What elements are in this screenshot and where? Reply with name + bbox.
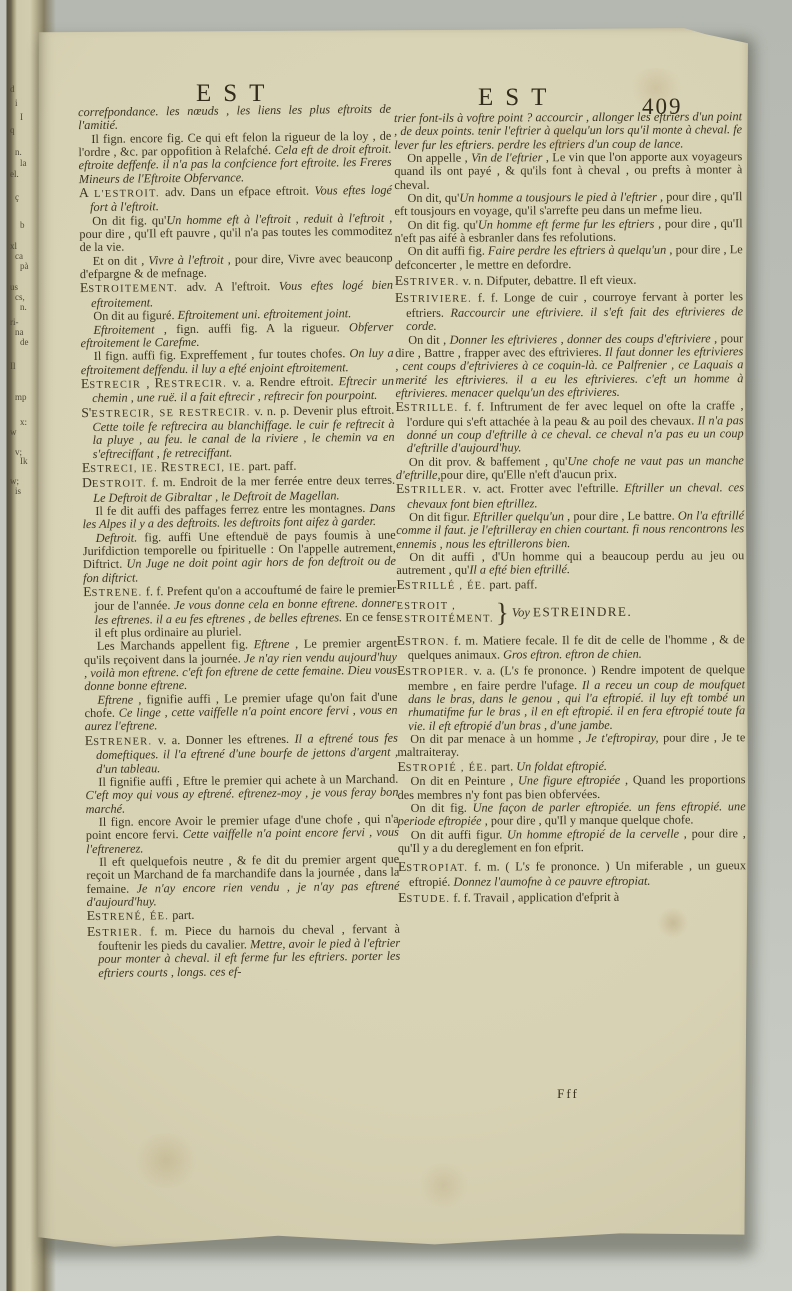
definition-text: On dit , [408, 332, 449, 346]
estrener-premier-achete: Il fignifie auffi , Eftre le premier qui… [85, 773, 398, 816]
entry-estropier: ESTROPIER. v. a. (L's fe prononce. ) Ren… [397, 663, 745, 734]
example-text: Une figure eftropiée [518, 773, 620, 788]
headword: STRIVIERE. [403, 294, 472, 305]
headword: STRENÉ, ÉE. [95, 911, 169, 923]
cut-off-text: pà [20, 262, 29, 271]
cut-off-text: cs, [15, 293, 25, 302]
estroit-sense-fig: Il fign. encore fig. Ce qui eft felon la… [78, 129, 392, 186]
estrener-neutre: Il eft quelquefois neutre , & fe dit du … [86, 853, 400, 910]
example-text: Un Juge ne doit point agir hors de fon d… [83, 554, 396, 585]
estrier-vin: On appelle , Vin de l'eftrier , Le vin q… [394, 150, 742, 192]
cut-off-text: ç [15, 193, 19, 202]
definition-text: v. a. Donner les eftrenes. [152, 732, 294, 748]
definition-text: v. a. (L' [469, 664, 514, 678]
headword: STRILLE. [404, 403, 459, 414]
definition-text: f. f. Travail , application d'efprit à [450, 890, 619, 905]
headword: STRILLÉ , ÉE. [405, 580, 487, 591]
headword: STROPIAT. [406, 863, 468, 874]
stain [416, 1163, 471, 1208]
headword: ESTROIT. [92, 479, 147, 491]
example-text: Eftriller quelqu'un [473, 509, 564, 523]
definition-text: part. [488, 759, 516, 773]
definition-text: On dit par menace à un homme , [410, 731, 586, 746]
entry-estrier: ESTRIER. f. m. Piece du harnois du cheva… [87, 921, 401, 980]
estrene-marchands: Les Marchands appellent fig. Eftrene , L… [84, 637, 398, 694]
cut-off-text: n. [20, 303, 27, 312]
headword: STUDE. [406, 894, 450, 905]
definition-text: On dit figur. [409, 510, 473, 524]
brace-icon: } [496, 606, 509, 619]
cut-off-text: ri- [10, 318, 19, 327]
headword: ESTRECIR. [164, 378, 227, 390]
example-text: C'eft moy qui vous ay eftrené. eftrenez-… [85, 785, 398, 816]
entry-estron: ESTRON. f. m. Matiere fecale. Il fe dit … [397, 632, 745, 663]
definition-text: v. act. Frotter avec l'eftrille. [467, 481, 624, 496]
example-text: Donnez l'aumofne à ce pauvre eftropiat. [453, 873, 650, 888]
headword: STRILLER. [404, 485, 467, 496]
definition-text: v. a. Rendre eftroit. [227, 374, 339, 389]
cut-off-text: w [10, 428, 17, 437]
definition-text: On dit, qu' [407, 191, 459, 205]
cut-off-text: la [20, 159, 27, 168]
definition-text: On dit auffi figur. [411, 827, 507, 842]
cut-off-text: el. [10, 170, 19, 179]
estriller-jeu: On dit auffi , d'Un homme qui a beaucoup… [396, 549, 744, 578]
example-text: Cette toile fe reftrecira au blanchiffag… [92, 417, 394, 461]
definition-text: adv. A l'eftroit. [178, 279, 279, 294]
headword: A [79, 185, 89, 200]
headword: L'ESTROIT. [94, 188, 160, 200]
definition-text: f. m. Endroit de la mer ferrée entre deu… [147, 473, 395, 490]
definition-text: f. m. ( L' [468, 860, 525, 874]
estriller-figure: On dit figur. Eftriller quelqu'un , pour… [396, 509, 744, 551]
headword: STRON. [405, 636, 450, 647]
headword: STROITEMENT. [88, 284, 178, 296]
entry-estrille-part: ESTRILLÉ , ÉE. part. paff. [396, 576, 744, 593]
dictionary-page: EST EST 409 correfpondance. les nœuds , … [36, 28, 748, 1248]
estropier-menace: On dit par menace à un homme , Je t'eftr… [397, 731, 745, 760]
entry-s-estrecir: S'ESTRECIR, SE RESTRECIR. v. n. p. Deven… [81, 402, 395, 461]
cut-off-text: x: [20, 418, 27, 427]
column-right: trier font-ils à voftre point ? accourci… [394, 110, 746, 906]
estropie-peinture: On dit en Peinture , Une figure eftropié… [397, 773, 745, 802]
definition-text: On dit auffi , d'Un homme qui a beaucoup… [396, 548, 744, 577]
estropie-facon-parler: On dit fig. Une façon de parler eftropié… [398, 800, 746, 829]
example-text: trier font-ils à voftre point ? accourci… [394, 109, 742, 152]
entry-estrener: ESTRENER. v. a. Donner les eftrenes. Il … [85, 730, 398, 775]
estroitement-expressement: Il fign. auffi fig. Expreffement , fur t… [81, 347, 394, 377]
definition-text: adv. Dans un efpace eftroit. [160, 184, 315, 200]
example-text: Raccourcir une eftriviere. il s'eft fait… [406, 304, 743, 333]
cut-off-text: Il [10, 362, 16, 371]
headword: ESTRECI, IE. [170, 462, 245, 474]
estrene-premier-usage: Eftrene , fignifie auffi , Le premier uf… [84, 690, 397, 733]
cut-off-text: ca [15, 252, 23, 261]
crossref-target: Voy ESTREINDRE. [512, 605, 632, 620]
headword: R [155, 375, 164, 390]
entry-estude: ESTUDE. f. f. Travail , application d'ef… [398, 889, 746, 906]
headword: STRIVER. [403, 277, 459, 288]
definition-text: v. n. p. Devenir plus eftroit. [250, 402, 394, 418]
estrier-ferme: On dit fig. qu'Un homme eft ferme fur le… [395, 217, 743, 246]
cut-off-text: d [10, 85, 15, 94]
definition-text: On dit auffi fig. [408, 244, 488, 258]
definition-text: part. paff. [245, 459, 296, 474]
entry-estriller: ESTRILLER. v. act. Frotter avec l'eftril… [396, 481, 744, 512]
estrille-proverbe: On dit prov. & baffement , qu'Une chofe … [396, 454, 744, 483]
definition-text: pour dire, qu'Elle n'eft d'aucun prix. [441, 467, 617, 482]
cut-off-text: de [20, 338, 29, 347]
example-text: Ce linge , cette vaiffelle n'a point enc… [85, 703, 398, 734]
estriviere-donner: On dit , Donner les eftrivieres , donner… [395, 332, 743, 401]
cut-off-text: us [10, 283, 18, 292]
example-text: Gros eftron. eftron de chien. [503, 647, 642, 662]
definition-text: , pour dire , Le battre. [564, 509, 678, 524]
headword: R [161, 459, 170, 474]
cut-off-text: I [20, 113, 23, 122]
example-text: Vin de l'eftrier [471, 150, 542, 164]
headword: STRECIR [89, 379, 141, 391]
definition-text: , fign. auffi fig. A la rigueur. [154, 320, 349, 336]
stain [656, 908, 690, 938]
cut-off-text: xl [10, 242, 17, 251]
example-text: Faire perdre les eftriers à quelqu'un [488, 243, 666, 258]
headword: STRECI, IE. [90, 463, 158, 475]
a-l-estroit-vivre: Et on dit , Vivre à l'eftroit , pour dir… [80, 251, 393, 281]
definition-text: On appelle , [407, 151, 471, 165]
definition-text: part. [169, 908, 194, 922]
example-text: Je t'eftropiray, [586, 731, 659, 745]
entry-estriviere: ESTRIVIERE. f. f. Longe de cuir , courro… [395, 290, 743, 334]
example-text: Deftroit. [96, 530, 138, 544]
definition-text: Et on dit , [93, 253, 149, 268]
headword: D [82, 475, 92, 490]
crossref-headword: ESTROIT , [397, 600, 494, 614]
headword: STROPIÉ , ÉE. [406, 762, 488, 773]
signature-mark: Fff [394, 1086, 742, 1102]
cut-off-text: na [15, 328, 24, 337]
entry-estrecir: ESTRECIR , RESTRECIR. v. a. Rendre eftro… [81, 374, 394, 406]
headword: S' [81, 405, 91, 420]
cut-off-text: q [10, 126, 15, 135]
cut-off-text: i [15, 99, 18, 108]
estroit-crossref: ESTROIT ,ESTROITÉMENT.}Voy ESTREINDRE. [397, 598, 745, 627]
estrener-premier-usage: Il fign. encore Avoir le premier ufage d… [86, 813, 399, 856]
example-text: Il a efté bien eftrillé. [469, 562, 570, 577]
cut-off-text: b [20, 221, 25, 230]
entry-estrille: ESTRILLE. f. f. Inftrument de fer avec l… [396, 398, 744, 455]
entry-estriver: ESTRIVER. v. n. Difputer, debattre. Il e… [395, 272, 743, 289]
entry-estrene: ESTRENE. f. f. Prefent qu'on a accouftum… [83, 582, 397, 641]
headword: STRIER. [95, 927, 143, 939]
estropie-cervelle: On dit auffi figur. Un homme eftropié de… [398, 827, 746, 856]
example-text: correfpondance. les nœuds , les liens le… [78, 102, 391, 133]
cut-off-text: w; [10, 477, 19, 486]
example-text: Un foldat eftropié. [516, 759, 607, 773]
definition-text: On dit fig. qu' [408, 217, 478, 231]
cut-off-text: is [15, 487, 21, 496]
definition-text: v. n. Difputer, debattre. Il eft vieux. [459, 273, 636, 288]
definition-text: part. paff. [486, 577, 537, 591]
headword: STRENE. [92, 587, 143, 599]
cut-off-text: mp [15, 393, 27, 402]
example-text: Vivre à l'eftroit [148, 252, 223, 267]
definition-text: , [141, 376, 155, 390]
example-text: Un homme eftropié de la cervelle [507, 826, 679, 841]
headword: STROPIER. [405, 667, 468, 678]
definition-text: On dit fig. [411, 800, 473, 814]
crossref-headword: ESTROITÉMENT. [397, 613, 494, 627]
scanned-book-page: diIqn.lael.çbxlcapàuscs,n.ri-nadeIlmpx:w… [0, 0, 792, 1291]
example-text: Un homme eft ferme fur les eftriers [478, 216, 655, 231]
a-l-estroit-fig: On dit fig. qu'Un homme eft à l'eftroit … [79, 211, 392, 254]
example-text: Eftrene [97, 692, 133, 706]
column-left: correfpondance. les nœuds , les liens le… [78, 103, 400, 980]
headword: STRENER. [93, 736, 152, 748]
running-head-right: EST [478, 84, 558, 112]
estrier-tousjours: On dit, qu'Un homme a tousjours le pied … [394, 190, 742, 219]
estrier-faire-perdre: On dit auffi fig. Faire perdre les eftri… [395, 244, 743, 273]
cut-off-text: n. [15, 148, 22, 157]
stain [131, 1133, 201, 1188]
example-text: Eftrene [254, 637, 290, 651]
estrier-continuation: trier font-ils à voftre point ? accourci… [394, 110, 742, 152]
cut-off-text: Ik [20, 457, 28, 466]
destroit-jurisdiction: Deftroit. fig. auffi Une eftenduë de pay… [83, 528, 397, 585]
entry-estropiat: ESTROPIAT. f. m. ( L's fe prononce. ) Un… [398, 858, 746, 889]
definition-text: On dit en Peinture , [410, 774, 518, 789]
